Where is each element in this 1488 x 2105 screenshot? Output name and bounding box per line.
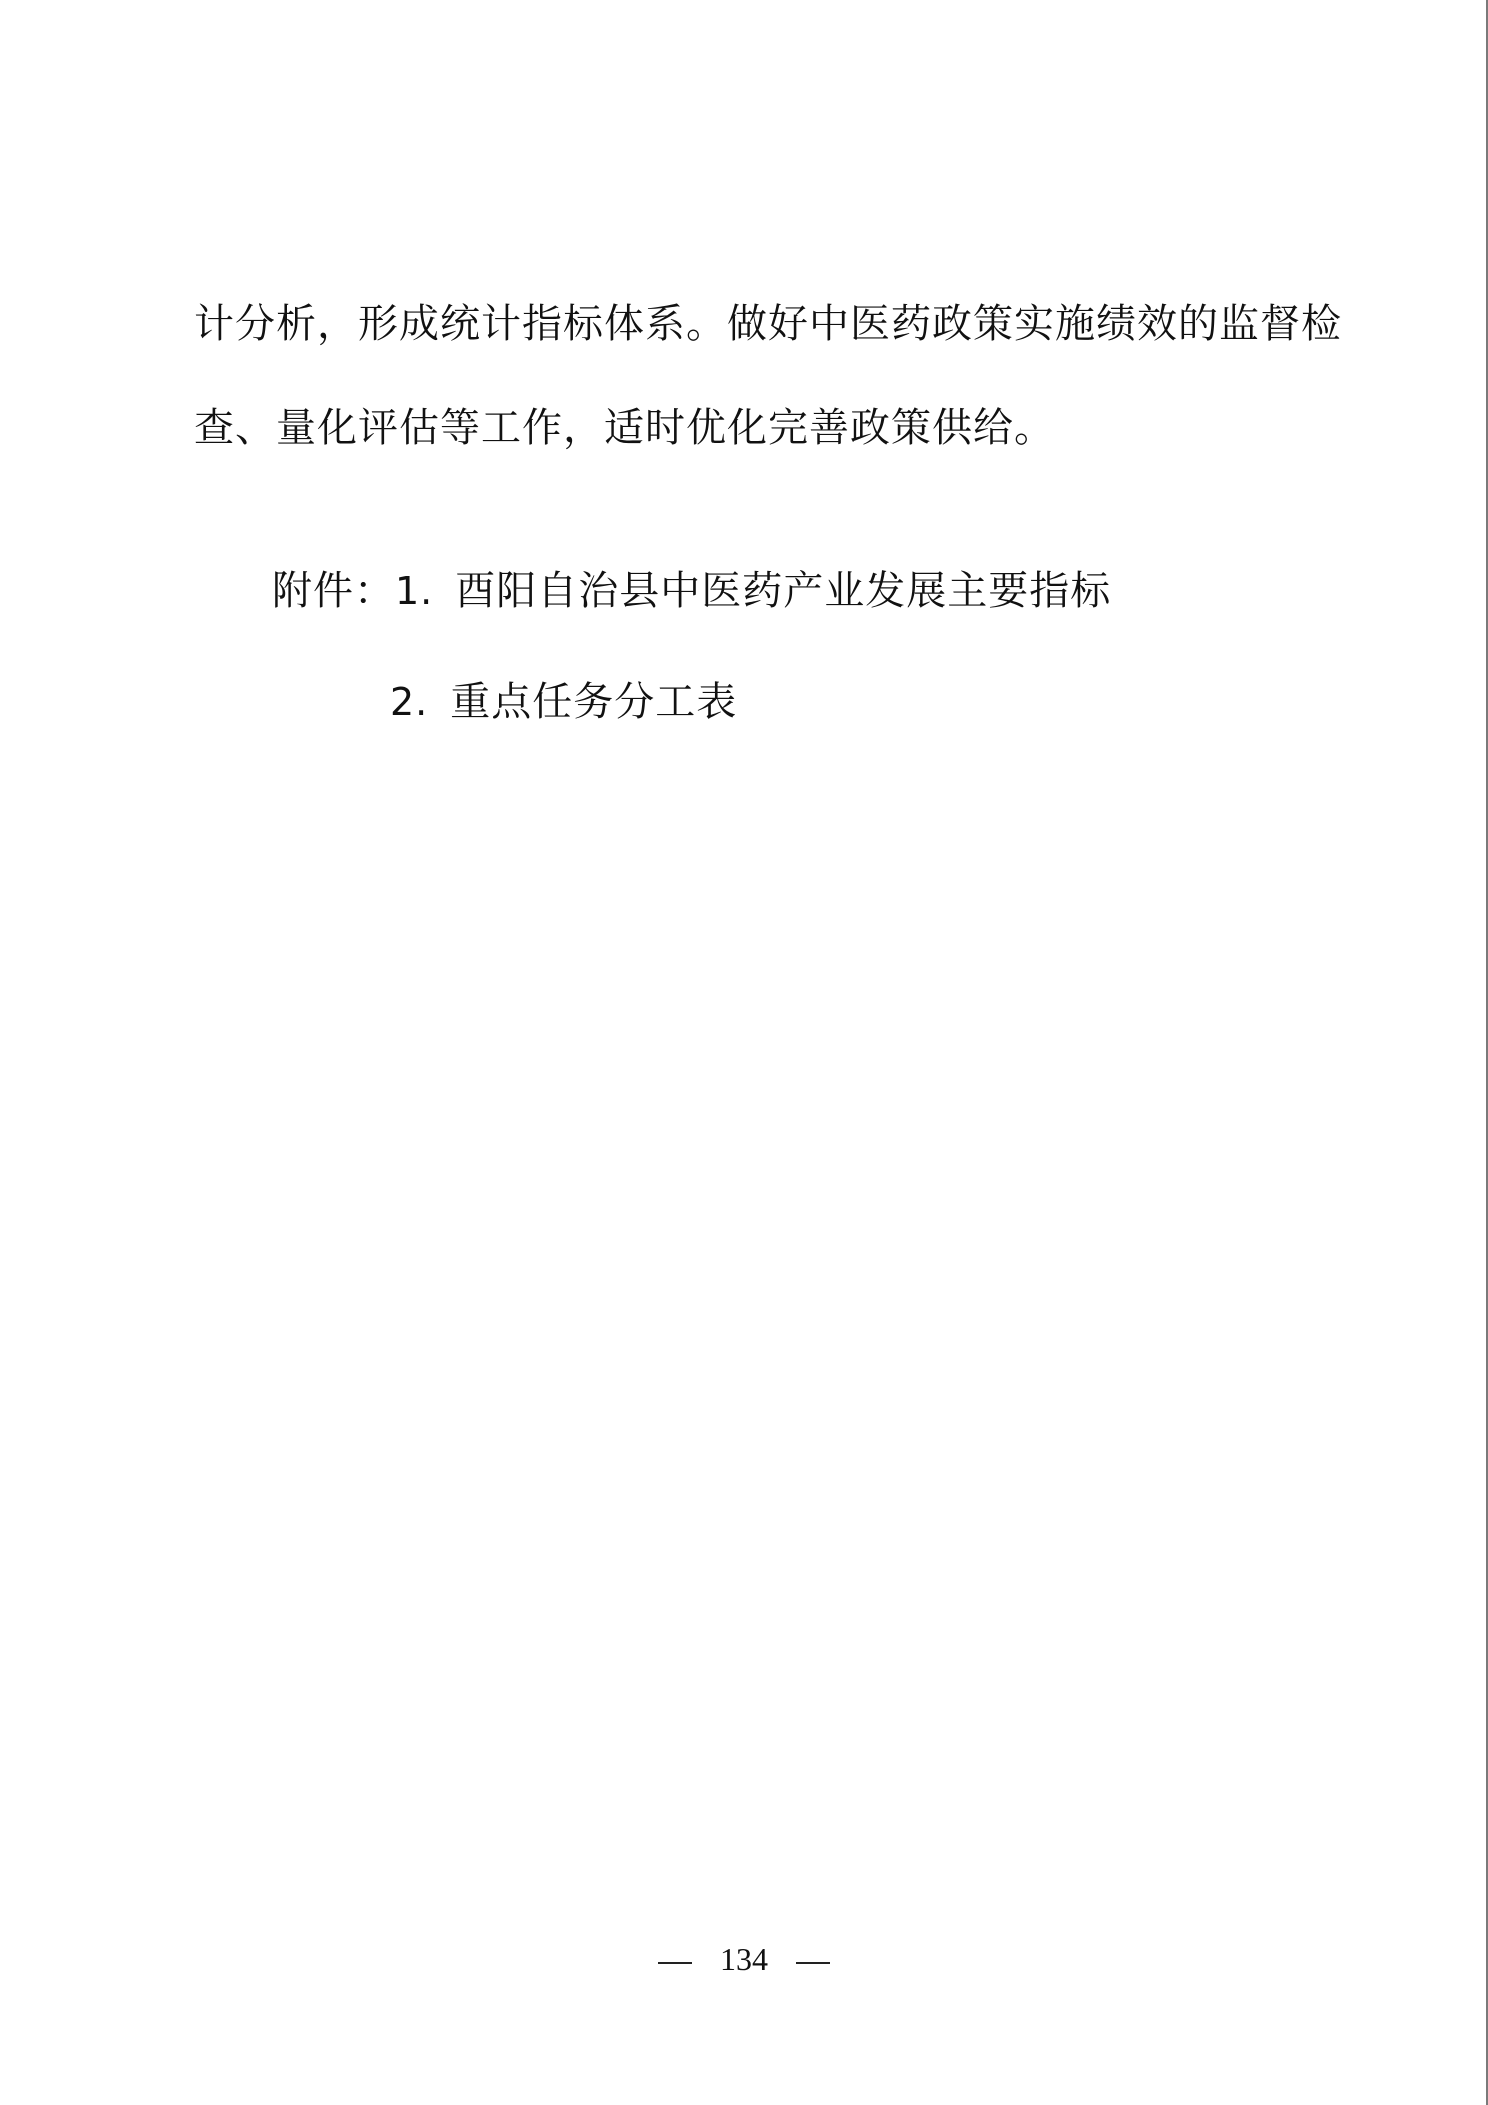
page-number-footer: 134 [0,1937,1488,1981]
attachment-item-1: 附件：1.酉阳自治县中医药产业发展主要指标 [272,567,1111,615]
dash-decoration [658,1962,692,1964]
paragraph-line-2: 查、量化评估等工作，适时优化完善政策供给。 [194,404,1055,452]
attachment-title: 重点任务分工表 [450,679,737,725]
dash-decoration [796,1962,830,1964]
attachment-label: 附件： [272,568,395,614]
attachment-number: 1. [395,569,433,613]
paragraph-line-1: 计分析，形成统计指标体系。做好中医药政策实施绩效的监督检 [194,300,1342,348]
attachment-title: 酉阳自治县中医药产业发展主要指标 [455,568,1111,614]
attachment-item-2: 2.重点任务分工表 [390,678,737,726]
page-number: 134 [720,1941,768,1977]
attachment-number: 2. [390,680,428,724]
